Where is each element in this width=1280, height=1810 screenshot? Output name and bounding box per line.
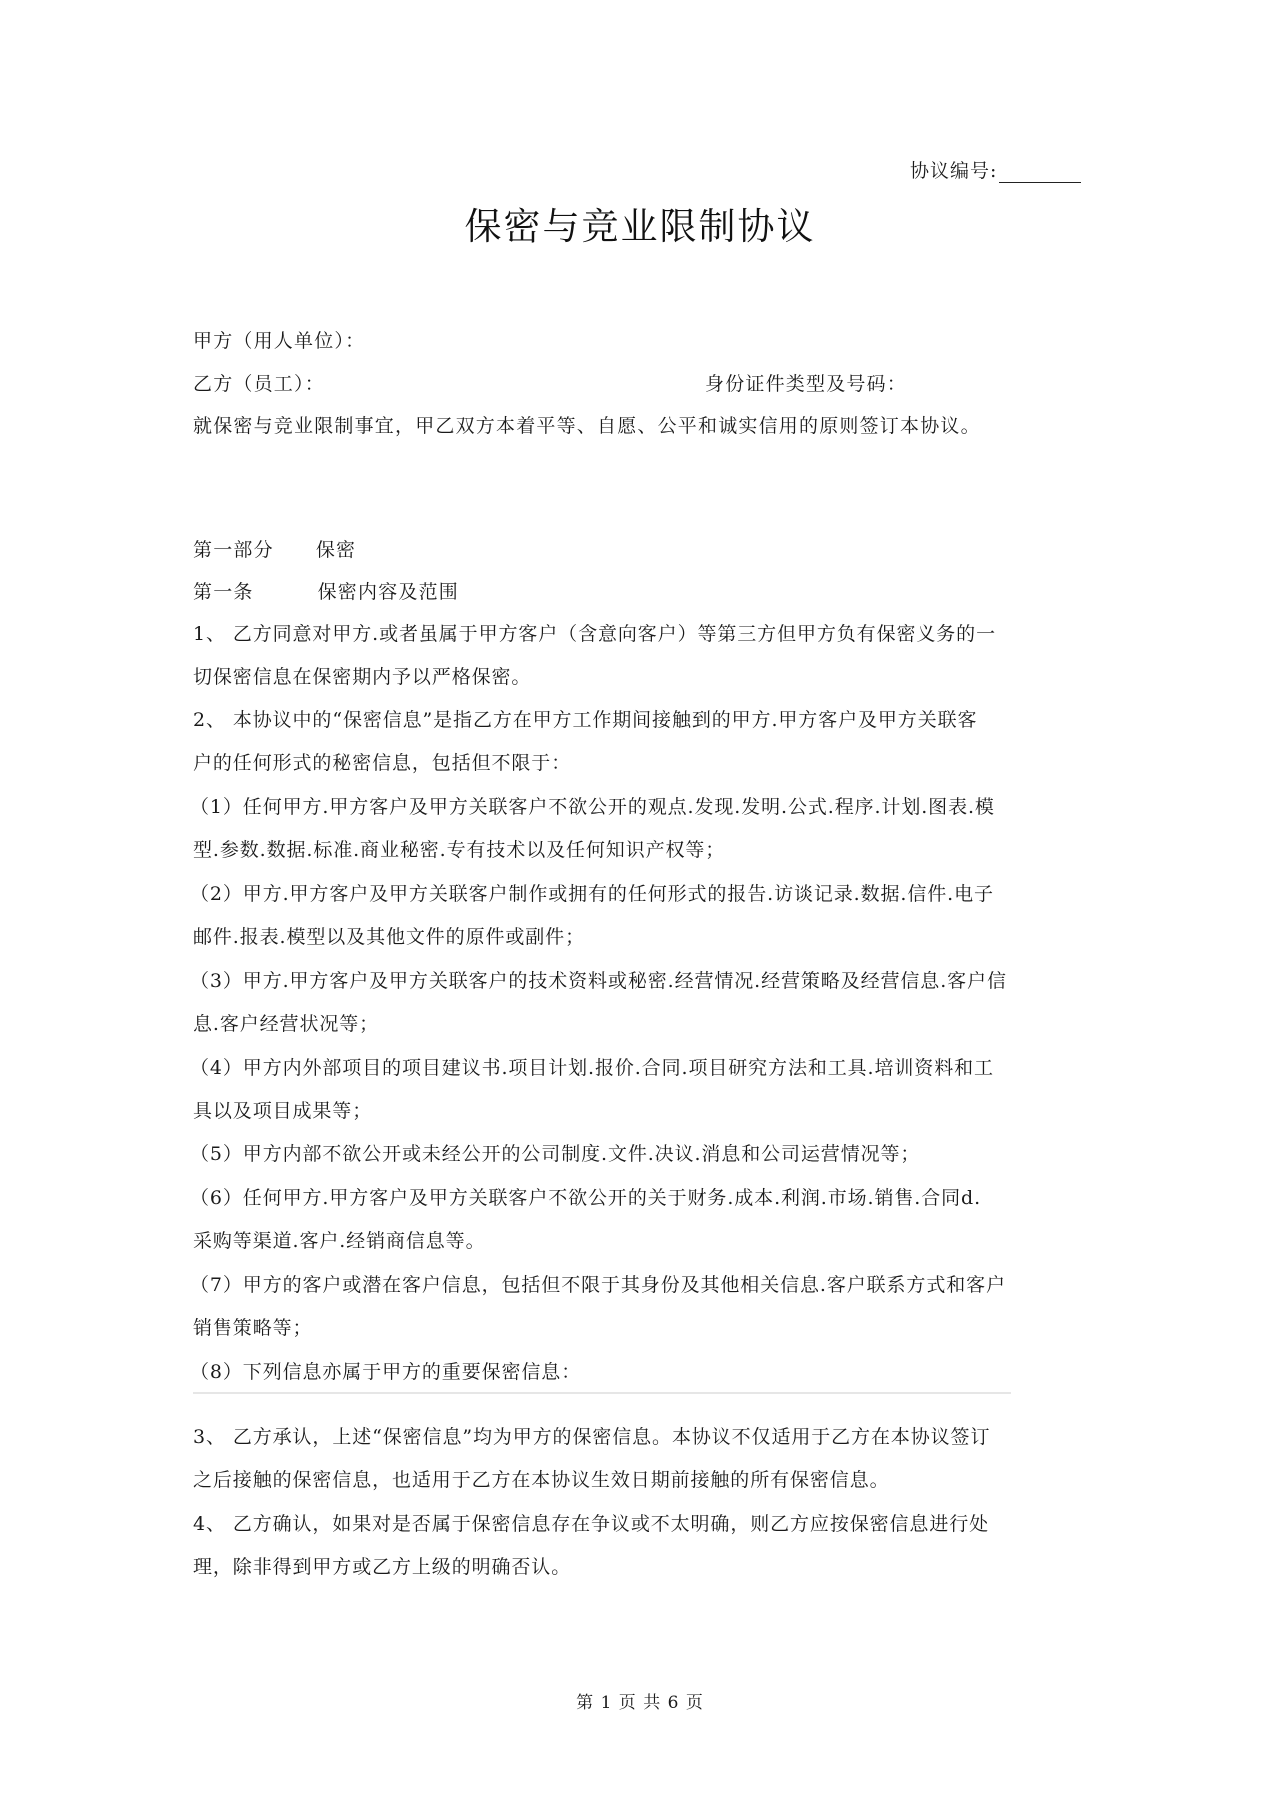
item-4-line-1: （4）甲方内外部项目的项目建议书.项目计划.报价.合同.项目研究方法和工具.培训… [190,1056,994,1080]
item-6-line-1: （6）任何甲方.甲方客户及甲方关联客户不欲公开的关于财务.成本.利润.市场.销售… [190,1186,981,1210]
item-3-line-1: （3）甲方.甲方客户及甲方关联客户的技术资料或秘密.经营情况.经营策略及经营信息… [190,969,1007,993]
document-page: 协议编号: 保密与竞业限制协议 甲方（用人单位）： 乙方（员工）： 身份证件类型… [0,0,1280,1810]
article-number: 第一条 [193,581,254,603]
item-7-line-1: （7）甲方的客户或潜在客户信息，包括但不限于其身份及其他相关信息.客户联系方式和… [190,1273,1006,1297]
part-name: 保密 [316,539,356,561]
party-b-label: 乙方（员工）： [193,372,325,396]
intro-paragraph: 就保密与竞业限制事宜，甲乙双方本着平等、自愿、公平和诚实信用的原则签订本协议。 [193,414,981,438]
item-7-line-2: 销售策略等； [193,1316,312,1340]
part-heading: 第一部分保密 [193,538,356,562]
clause-1-line-1: 1、 乙方同意对甲方.或者虽属于甲方客户（含意向客户）等第三方但甲方负有保密义务… [193,622,996,646]
clause-4-line-1: 4、 乙方确认，如果对是否属于保密信息存在争议或不太明确，则乙方应按保密信息进行… [193,1512,989,1536]
agreement-number: 协议编号: [910,156,1081,183]
item-3-line-2: 息.客户经营状况等； [193,1012,379,1036]
item-1-line-1: （1）任何甲方.甲方客户及甲方关联客户不欲公开的观点.发现.发明.公式.程序.计… [190,795,995,819]
agreement-number-blank [999,164,1081,183]
clause-3-line-2: 之后接触的保密信息，也适用于乙方在本协议生效日期前接触的所有保密信息。 [193,1468,890,1492]
item-4-line-2: 具以及项目成果等； [193,1099,372,1123]
clause-2-line-2: 户的任何形式的秘密信息，包括但不限于： [193,751,571,775]
item-8-line-1: （8）下列信息亦属于甲方的重要保密信息： [190,1360,581,1384]
fill-in-divider [193,1392,1011,1394]
article-name: 保密内容及范围 [318,581,459,603]
clause-3-line-1: 3、 乙方承认，上述“保密信息”均为甲方的保密信息。本协议不仅适用于乙方在本协议… [193,1425,990,1449]
clause-2-line-1: 2、 本协议中的“保密信息”是指乙方在甲方工作期间接触到的甲方.甲方客户及甲方关… [193,708,977,732]
item-1-line-2: 型.参数.数据.标准.商业秘密.专有技术以及任何知识产权等； [193,838,725,862]
agreement-number-label: 协议编号: [910,160,997,182]
document-title: 保密与竞业限制协议 [0,196,1280,250]
item-2-line-2: 邮件.报表.模型以及其他文件的原件或副件； [193,925,585,949]
party-a-label: 甲方（用人单位）： [193,329,365,353]
id-type-number-label: 身份证件类型及号码： [705,372,907,396]
clause-1-line-2: 切保密信息在保密期内予以严格保密。 [193,665,531,689]
item-6-line-2: 采购等渠道.客户.经销商信息等。 [193,1229,485,1253]
part-number: 第一部分 [193,539,274,561]
item-5-line-1: （5）甲方内部不欲公开或未经公开的公司制度.文件.决议.消息和公司运营情况等； [190,1142,920,1166]
item-2-line-1: （2）甲方.甲方客户及甲方关联客户制作或拥有的任何形式的报告.访谈记录.数据.信… [190,882,994,906]
article-heading: 第一条保密内容及范围 [193,580,459,604]
clause-4-line-2: 理，除非得到甲方或乙方上级的明确否认。 [193,1555,571,1579]
page-number: 第 1 页 共 6 页 [0,1688,1280,1713]
